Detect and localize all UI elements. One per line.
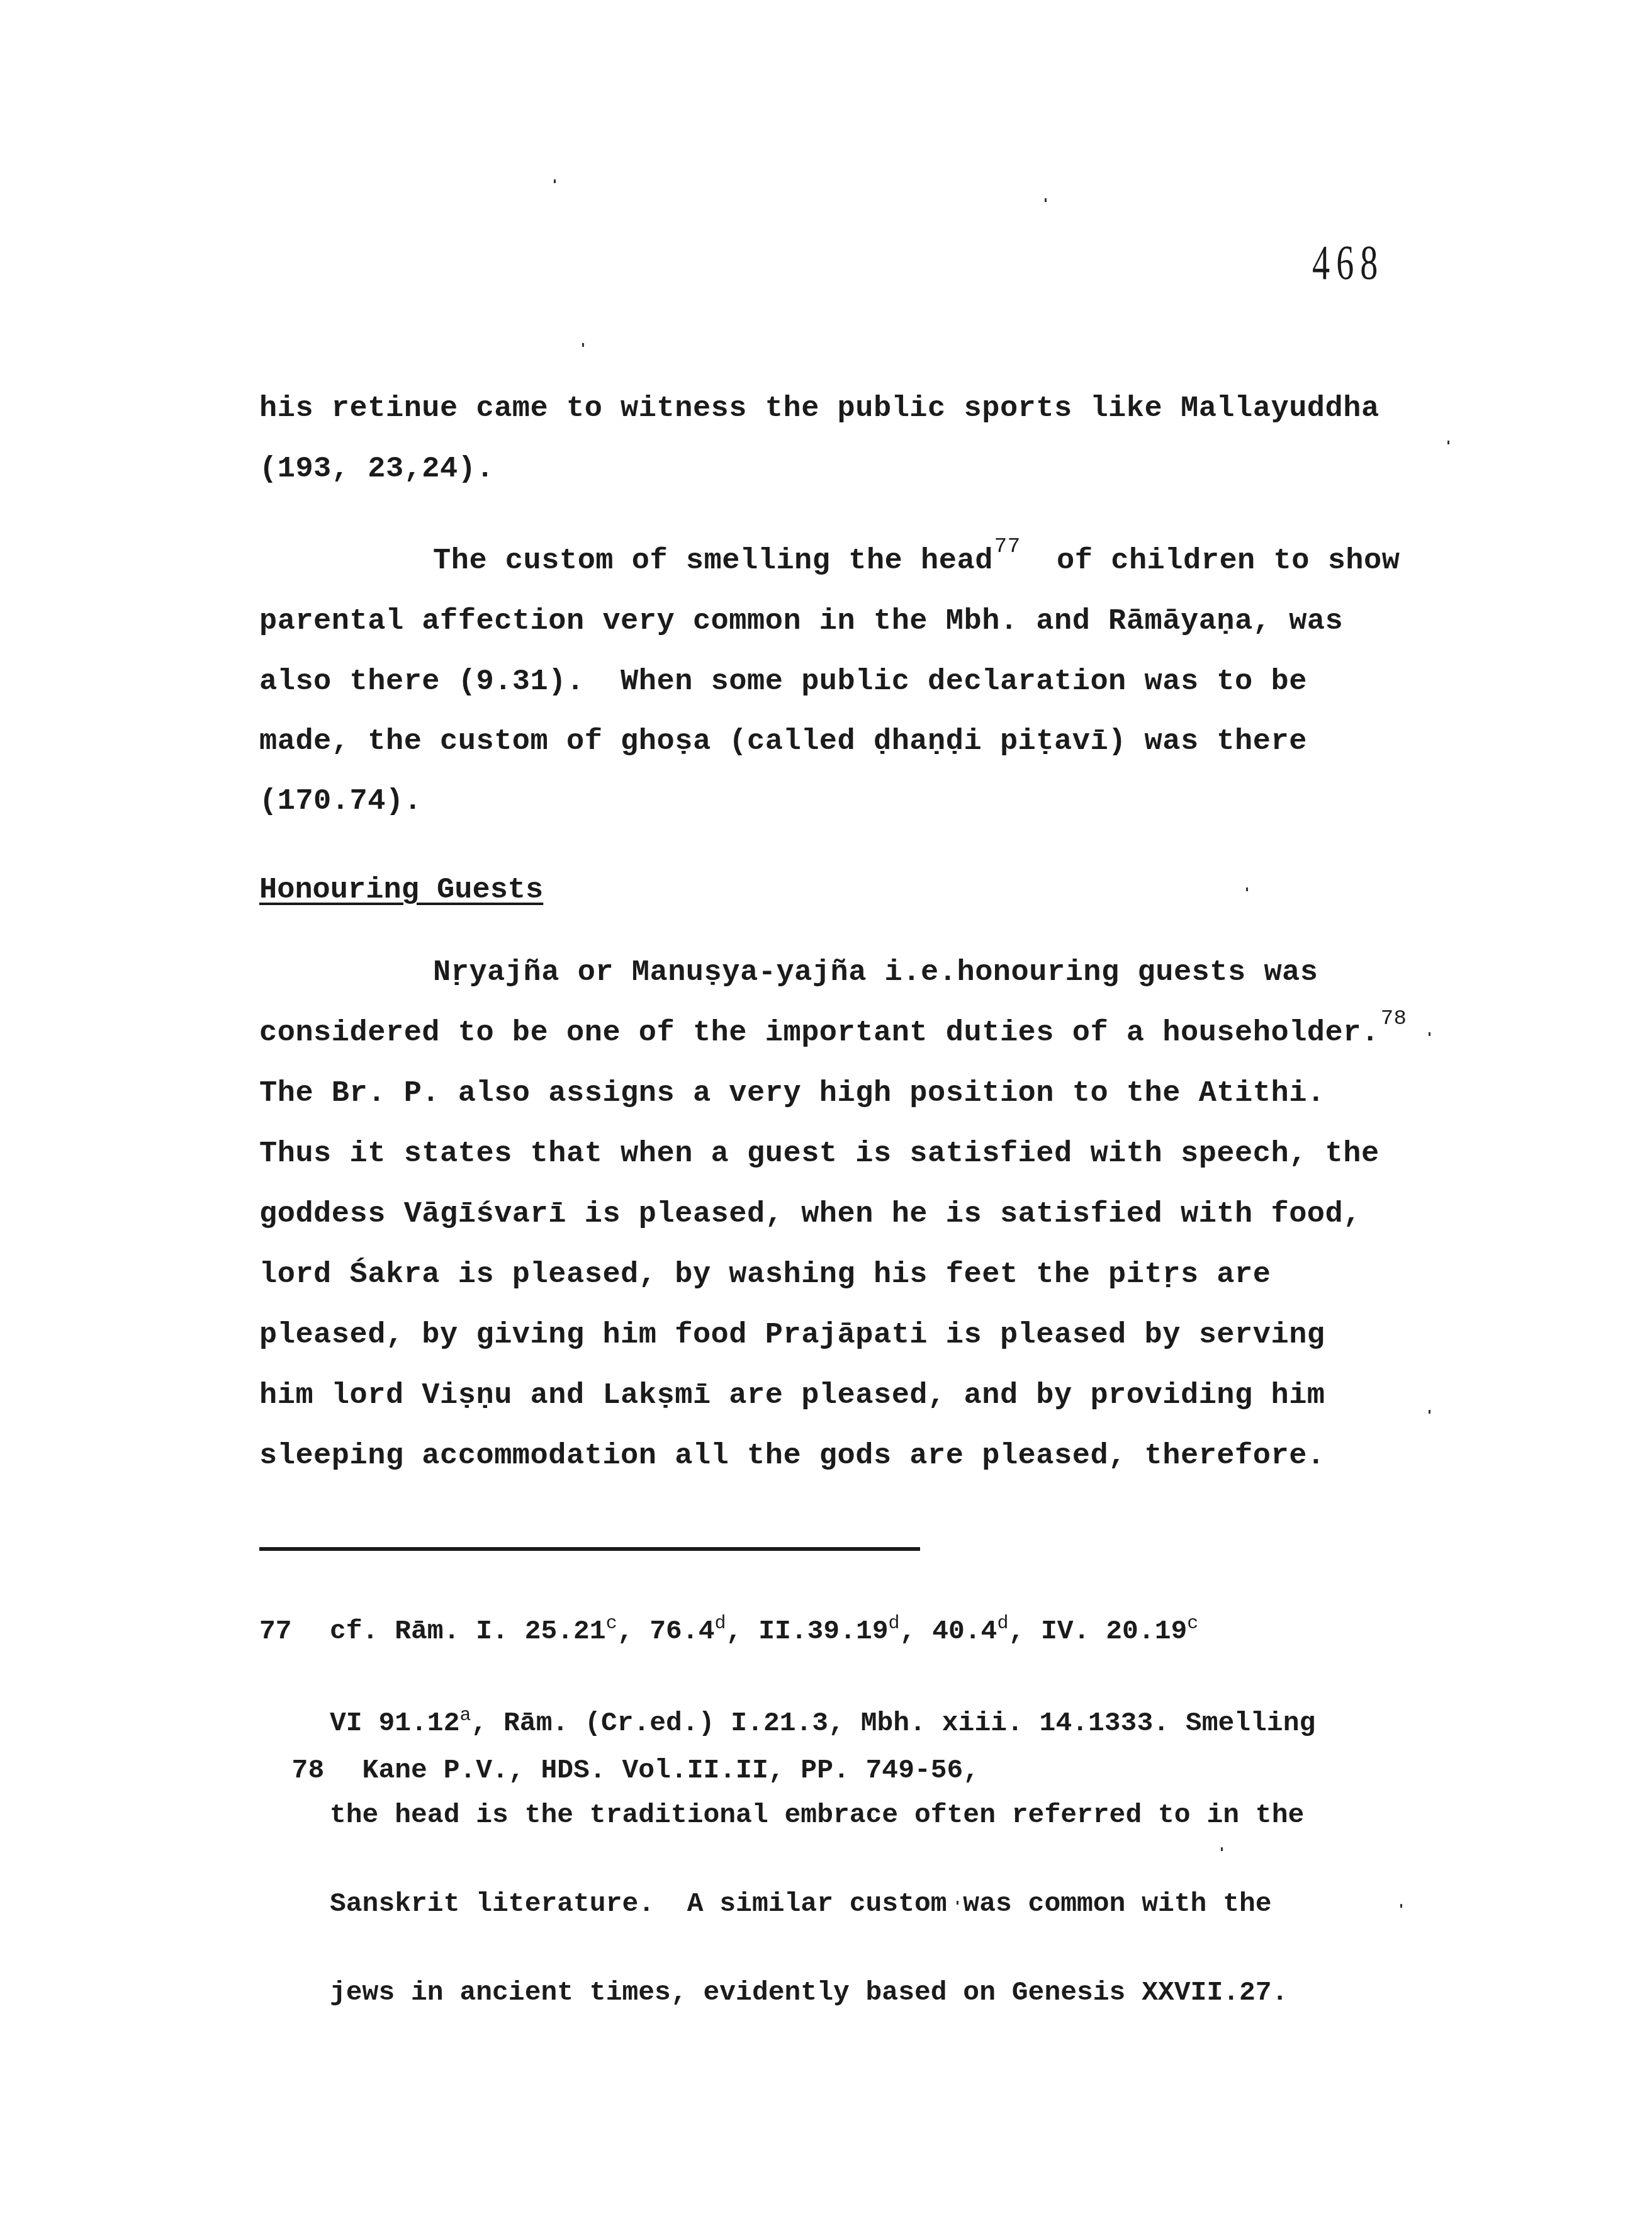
paragraph-2-line-5: (170.74). [259, 787, 422, 816]
scan-speck [1045, 198, 1047, 202]
footnote-77-line-4: Sanskrit literature. A similar custom wa… [259, 1889, 1315, 1918]
paragraph-2-line-2: parental affection very common in the Mb… [259, 607, 1343, 636]
footnote-78-text: Kane P.V., HDS. Vol.II.II, PP. 749-56, [362, 1755, 980, 1786]
paragraph-3-line-9: sleeping accommodation all the gods are … [259, 1441, 1325, 1471]
footnote-divider [259, 1547, 920, 1551]
page-number: 468 [1312, 234, 1384, 291]
footnote-superscript: d [997, 1613, 1008, 1635]
footnote-ref-78[interactable]: 78 [1381, 1007, 1407, 1031]
footnote-superscript: a [459, 1705, 471, 1726]
footnote-77-line-5: jews in ancient times, evidently based o… [259, 1978, 1315, 2007]
footnote-text-run: cf. Rām. I. 25.21 [330, 1616, 606, 1647]
footnote-78: 78Kane P.V., HDS. Vol.II.II, PP. 749-56, [259, 1726, 979, 1785]
paragraph-3-line-2: considered to be one of the important du… [259, 1018, 1407, 1048]
paragraph-1-line-2: (193, 23,24). [259, 454, 494, 484]
scan-speck [1400, 1904, 1402, 1908]
scan-speck [1429, 1410, 1430, 1414]
scan-speck [1221, 1847, 1223, 1851]
footnote-text-run: , 76.4 [617, 1616, 715, 1647]
paragraph-3-text-a: considered to be one of the important du… [259, 1016, 1379, 1050]
scan-speck [554, 179, 556, 183]
footnote-77-line-1: 77cf. Rām. I. 25.21c, 76.4d, II.39.19d, … [259, 1616, 1315, 1649]
footnote-ref-77[interactable]: 77 [994, 535, 1021, 559]
paragraph-1-line-1: his retinue came to witness the public s… [259, 394, 1379, 424]
footnote-superscript: c [606, 1613, 617, 1635]
scan-speck [957, 1901, 958, 1905]
footnote-superscript: d [715, 1613, 726, 1635]
paragraph-3-line-5: goddess Vāgīśvarī is pleased, when he is… [259, 1200, 1361, 1229]
paragraph-3-line-7: pleased, by giving him food Prajāpati is… [259, 1321, 1325, 1350]
section-heading: Honouring Guests [259, 874, 543, 907]
footnote-superscript: c [1187, 1613, 1198, 1635]
footnote-77: 77cf. Rām. I. 25.21c, 76.4d, II.39.19d, … [259, 1557, 1315, 2037]
footnote-77-line-3: the head is the traditional embrace ofte… [259, 1800, 1315, 1830]
paragraph-3-line-6: lord Śakra is pleased, by washing his fe… [259, 1260, 1271, 1290]
paragraph-2-line-3: also there (9.31). When some public decl… [259, 667, 1307, 697]
paragraph-3-line-8: him lord Viṣṇu and Lakṣmī are pleased, a… [259, 1381, 1325, 1411]
scan-speck [1447, 441, 1449, 444]
paragraph-3-line-3: The Br. P. also assigns a very high posi… [259, 1079, 1325, 1108]
footnote-77-line-1-text: cf. Rām. I. 25.21c, 76.4d, II.39.19d, 40… [330, 1616, 1198, 1647]
scan-speck [1246, 887, 1248, 891]
footnote-text-run: , IV. 20.19 [1008, 1616, 1187, 1647]
paragraph-2-text-b: of children to show [1021, 544, 1400, 578]
paragraph-2-text-a: The custom of smelling the head [433, 544, 993, 578]
footnote-77-number: 77 [259, 1616, 330, 1646]
paragraph-2-line-1: The custom of smelling the head77 of chi… [259, 546, 1400, 576]
footnote-78-number: 78 [292, 1755, 362, 1785]
footnote-text-run: , 40.4 [900, 1616, 997, 1647]
scan-speck [1429, 1032, 1430, 1036]
footnote-text-run: , II.39.19 [726, 1616, 889, 1647]
paragraph-3-line-1: Nṛyajña or Manuṣya-yajña i.e.honouring g… [259, 958, 1318, 988]
paragraph-2-line-4: made, the custom of ghoṣa (called ḍhaṇḍi… [259, 727, 1307, 757]
scan-speck [582, 343, 584, 347]
paragraph-3-line-4: Thus it states that when a guest is sati… [259, 1139, 1379, 1169]
footnote-superscript: d [889, 1613, 900, 1635]
